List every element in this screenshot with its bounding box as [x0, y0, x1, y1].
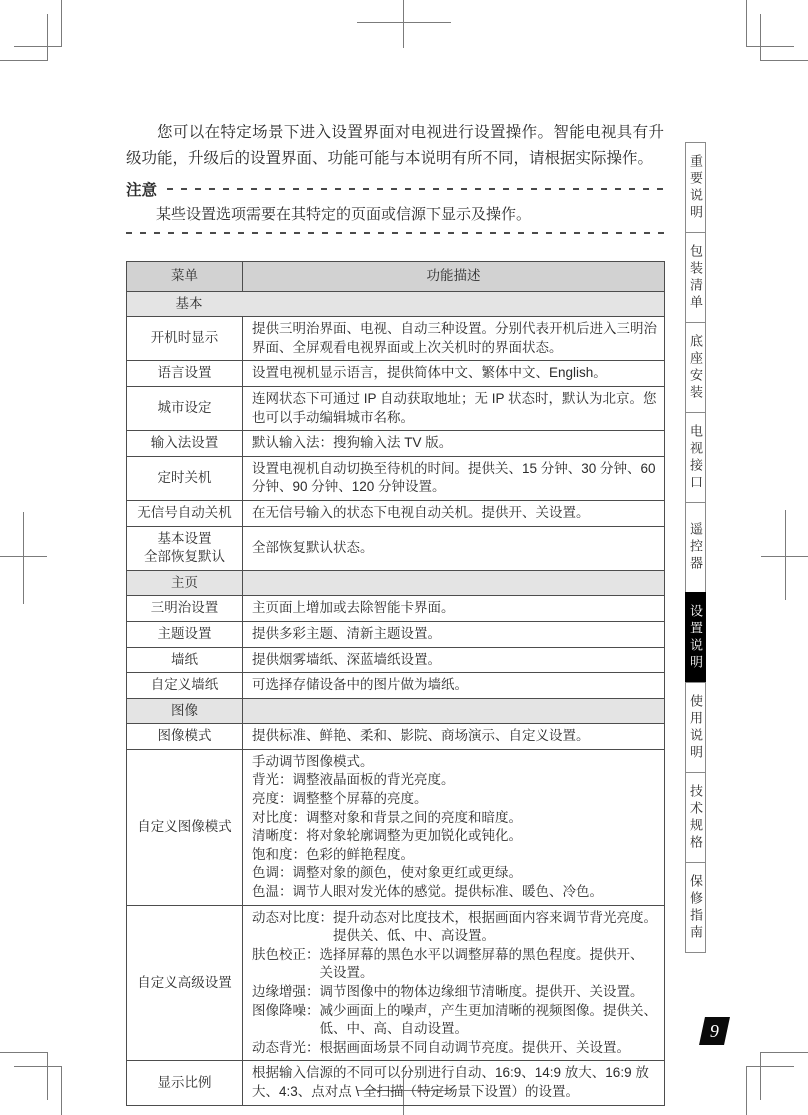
crop-mark	[0, 556, 47, 557]
tab-important-notes: 重要说明	[685, 142, 706, 233]
crop-mark	[403, 0, 404, 48]
tab-settings-guide-active: 设置说明	[685, 592, 706, 683]
tab-label: 保修指南	[686, 874, 705, 942]
crop-mark	[47, 1052, 48, 1100]
col-header-desc: 功能描述	[243, 262, 665, 292]
table-header-row: 菜单 功能描述	[127, 262, 665, 292]
tab-tv-ports: 电视接口	[685, 412, 706, 503]
settings-table: 菜单 功能描述 基本 开机时显示 提供三明治界面、电视、自动三种设置。分别代表开…	[126, 261, 665, 1106]
tab-label: 设置说明	[686, 604, 705, 672]
crop-mark	[760, 14, 761, 61]
crop-mark	[760, 60, 808, 61]
menu-cell: 定时关机	[127, 456, 243, 500]
tab-tech-specs: 技术规格	[685, 772, 706, 863]
menu-cell: 三明治设置	[127, 596, 243, 622]
table-row: 自定义墙纸 可选择存储设备中的图片做为墙纸。	[127, 673, 665, 699]
section-row-home: 主页	[127, 570, 665, 596]
note-text: 某些设置选项需要在其特定的页面或信源下显示及操作。	[126, 204, 664, 226]
desc-cell: 设置电视机自动切换至待机的时间。提供关、15 分钟、30 分钟、60 分钟、90…	[243, 456, 665, 500]
table-row: 无信号自动关机 在无信号输入的状态下电视自动关机。提供开、关设置。	[127, 500, 665, 526]
section-label: 主页	[127, 570, 243, 596]
menu-cell: 无信号自动关机	[127, 500, 243, 526]
section-label: 基本	[131, 295, 247, 314]
note-label: 注意	[126, 178, 157, 200]
menu-cell: 自定义高级设置	[127, 905, 243, 1061]
crop-mark	[760, 1052, 761, 1100]
desc-cell: 动态对比度：提升动态对比度技术，根据画面内容来调节背光亮度。 提供关、低、中、高…	[243, 905, 665, 1061]
dashed-rule	[167, 188, 664, 190]
crop-mark	[746, 1066, 794, 1067]
table-row: 墙纸 提供烟雾墙纸、深蓝墙纸设置。	[127, 647, 665, 673]
crop-mark	[760, 1052, 808, 1053]
crop-mark	[785, 510, 786, 600]
tab-label: 底座安装	[686, 334, 705, 402]
table-row: 三明治设置 主页面上增加或去除智能卡界面。	[127, 596, 665, 622]
desc-cell: 默认输入法：搜狗输入法 TV 版。	[243, 431, 665, 457]
menu-cell: 城市设定	[127, 386, 243, 430]
desc-cell: 提供标准、鲜艳、柔和、影院、商场演示、自定义设置。	[243, 724, 665, 750]
menu-cell: 开机时显示	[127, 317, 243, 361]
tab-label: 包装清单	[686, 244, 705, 312]
crop-mark	[61, 1066, 62, 1115]
page-number: 9	[710, 1021, 719, 1042]
table-row: 城市设定 连网状态下可通过 IP 自动获取地址；无 IP 状态时，默认为北京。您…	[127, 386, 665, 430]
intro-paragraph: 您可以在特定场景下进入设置界面对电视进行设置操作。智能电视具有升级功能，升级后的…	[126, 120, 664, 172]
dashed-rule	[126, 232, 664, 234]
desc-cell: 提供烟雾墙纸、深蓝墙纸设置。	[243, 647, 665, 673]
table-row: 显示比例 根据输入信源的不同可以分别进行自动、16:9、14:9 放大、16:9…	[127, 1061, 665, 1105]
note-heading: 注意	[126, 178, 664, 200]
table-row: 语言设置 设置电视机显示语言，提供简体中文、繁体中文、English。	[127, 361, 665, 387]
section-label: 图像	[127, 698, 243, 724]
desc-cell: 设置电视机显示语言，提供简体中文、繁体中文、English。	[243, 361, 665, 387]
menu-cell: 自定义墙纸	[127, 673, 243, 699]
desc-cell: 连网状态下可通过 IP 自动获取地址；无 IP 状态时，默认为北京。您也可以手动…	[243, 386, 665, 430]
section-row-basic: 基本	[127, 291, 665, 317]
crop-mark	[746, 46, 794, 47]
tab-label: 技术规格	[686, 784, 705, 852]
menu-cell: 图像模式	[127, 724, 243, 750]
crop-mark	[357, 22, 451, 23]
manual-page: 您可以在特定场景下进入设置界面对电视进行设置操作。智能电视具有升级功能，升级后的…	[0, 0, 808, 1115]
desc-cell: 根据输入信源的不同可以分别进行自动、16:9、14:9 放大、16:9 放大、4…	[243, 1061, 665, 1105]
tab-remote-control: 遥控器	[685, 502, 706, 593]
table-row: 输入法设置 默认输入法：搜狗输入法 TV 版。	[127, 431, 665, 457]
desc-cell: 全部恢复默认状态。	[243, 526, 665, 570]
tab-label: 重要说明	[686, 154, 705, 222]
tab-warranty-guide: 保修指南	[685, 862, 706, 953]
tab-base-installation: 底座安装	[685, 322, 706, 413]
page-number-badge: 9	[699, 1017, 730, 1045]
crop-mark	[761, 556, 808, 557]
menu-cell: 自定义图像模式	[127, 749, 243, 905]
menu-cell: 主题设置	[127, 621, 243, 647]
crop-mark	[746, 1066, 747, 1115]
crop-mark	[14, 46, 62, 47]
table-row: 自定义高级设置 动态对比度：提升动态对比度技术，根据画面内容来调节背光亮度。 提…	[127, 905, 665, 1061]
crop-mark	[23, 512, 24, 604]
menu-cell: 输入法设置	[127, 431, 243, 457]
menu-cell: 语言设置	[127, 361, 243, 387]
table-row: 定时关机 设置电视机自动切换至待机的时间。提供关、15 分钟、30 分钟、60 …	[127, 456, 665, 500]
menu-cell: 墙纸	[127, 647, 243, 673]
crop-mark	[61, 0, 62, 47]
tab-packing-list: 包装清单	[685, 232, 706, 323]
col-header-menu: 菜单	[127, 262, 243, 292]
tab-usage-guide: 使用说明	[685, 682, 706, 773]
crop-mark	[0, 60, 48, 61]
section-row-image: 图像	[127, 698, 665, 724]
tab-label: 电视接口	[686, 424, 705, 492]
desc-cell: 主页面上增加或去除智能卡界面。	[243, 596, 665, 622]
crop-mark	[47, 14, 48, 61]
desc-cell: 提供三明治界面、电视、自动三种设置。分别代表开机后进入三明治界面、全屏观看电视界…	[243, 317, 665, 361]
tab-label: 遥控器	[686, 522, 705, 573]
crop-mark	[746, 0, 747, 47]
menu-cell: 显示比例	[127, 1061, 243, 1105]
table-row: 图像模式 提供标准、鲜艳、柔和、影院、商场演示、自定义设置。	[127, 724, 665, 750]
table-row: 自定义图像模式 手动调节图像模式。 背光：调整液晶面板的背光亮度。 亮度：调整整…	[127, 749, 665, 905]
main-content: 您可以在特定场景下进入设置界面对电视进行设置操作。智能电视具有升级功能，升级后的…	[126, 120, 664, 1106]
crop-mark	[14, 1066, 62, 1067]
table-row: 主题设置 提供多彩主题、清新主题设置。	[127, 621, 665, 647]
table-row: 开机时显示 提供三明治界面、电视、自动三种设置。分别代表开机后进入三明治界面、全…	[127, 317, 665, 361]
crop-mark	[0, 1052, 48, 1053]
desc-cell: 在无信号输入的状态下电视自动关机。提供开、关设置。	[243, 500, 665, 526]
desc-cell: 手动调节图像模式。 背光：调整液晶面板的背光亮度。 亮度：调整整个屏幕的亮度。 …	[243, 749, 665, 905]
table-row: 基本设置 全部恢复默认 全部恢复默认状态。	[127, 526, 665, 570]
desc-cell: 提供多彩主题、清新主题设置。	[243, 621, 665, 647]
chapter-tab-rail: 重要说明 包装清单 底座安装 电视接口 遥控器 设置说明 使用说明 技术规格 保…	[685, 142, 761, 953]
menu-cell: 基本设置 全部恢复默认	[127, 526, 243, 570]
desc-cell: 可选择存储设备中的图片做为墙纸。	[243, 673, 665, 699]
tab-label: 使用说明	[686, 694, 705, 762]
